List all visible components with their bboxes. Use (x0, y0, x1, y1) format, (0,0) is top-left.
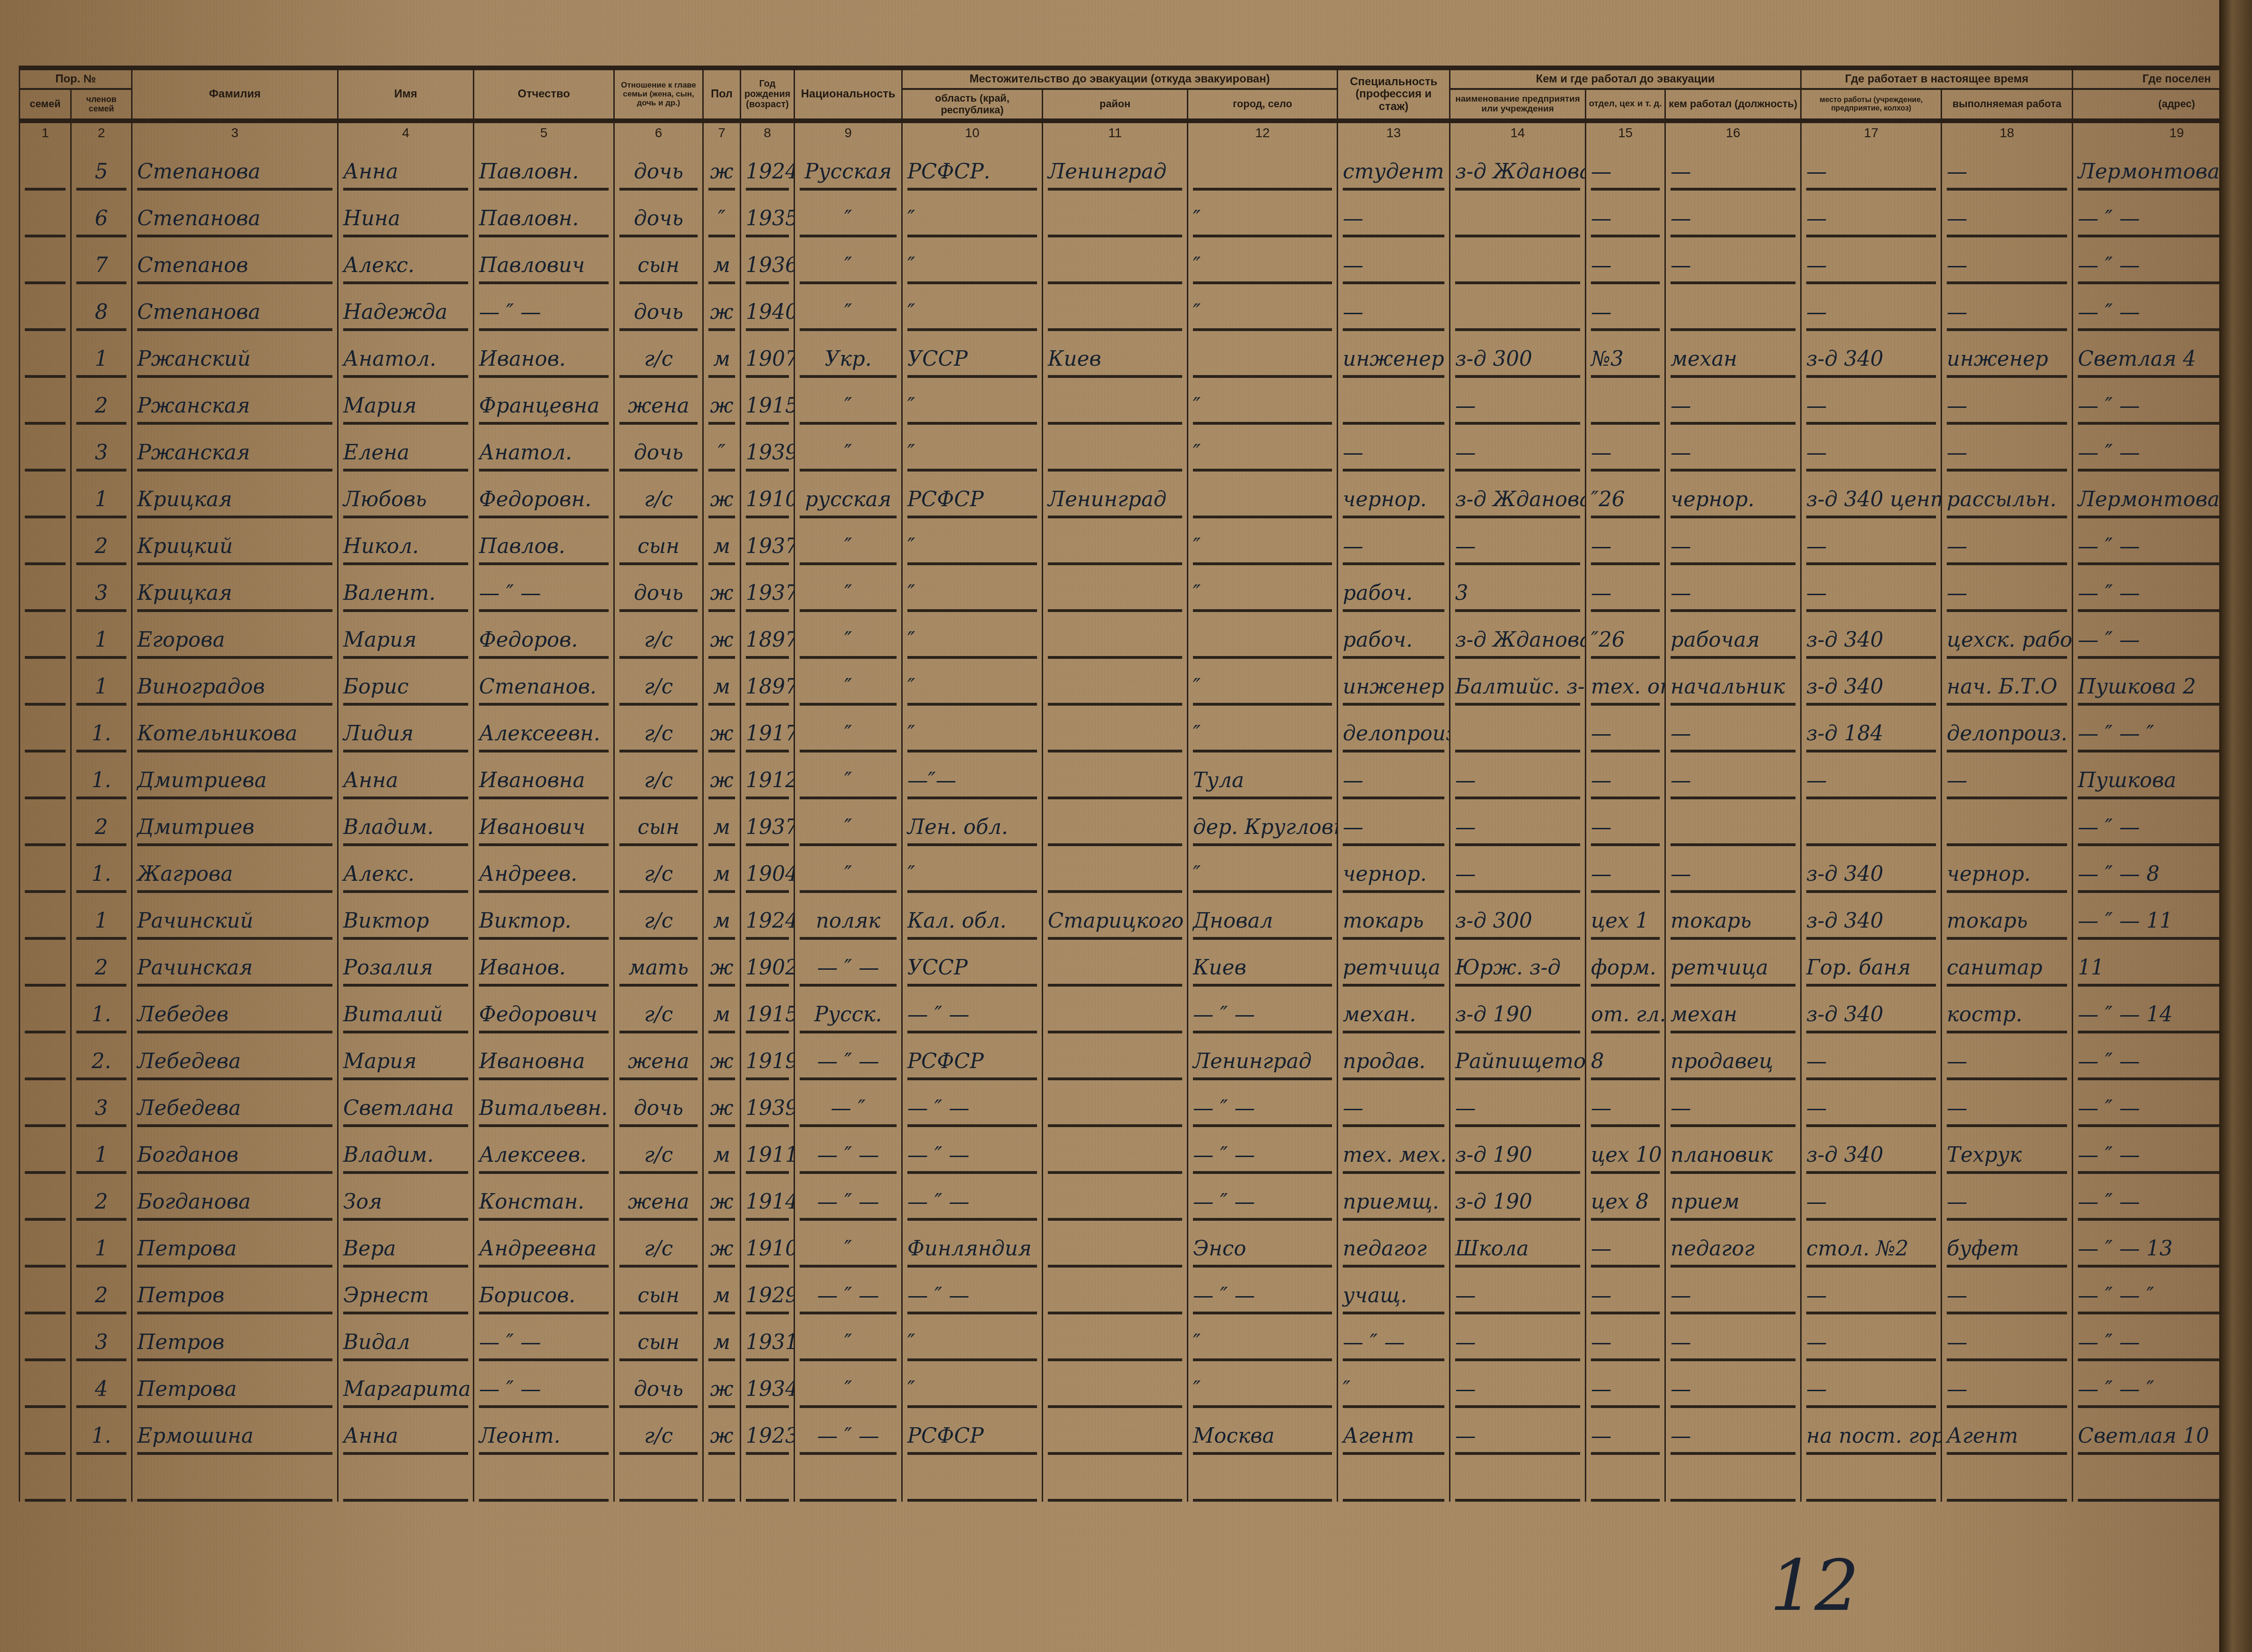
position-cell: прием (1665, 1174, 1801, 1221)
specialty-cell-text: педагог (1343, 1237, 1444, 1268)
first-name-cell: Анатол. (338, 331, 474, 378)
member-number: 1. (71, 752, 132, 799)
relation-cell-text: сын (619, 534, 698, 565)
member-number-text: 1. (76, 722, 126, 752)
relation-cell-text: сын (619, 815, 698, 846)
relation-cell-text: г/с (619, 347, 698, 378)
birth-year-cell-text: 1939 (746, 1096, 789, 1127)
current-work-cell: чернор. (1942, 846, 2073, 893)
current-workplace-cell-text: — (1806, 1377, 1936, 1408)
member-number: 2 (71, 1268, 132, 1314)
specialty-cell-text: рабоч. (1343, 628, 1444, 659)
region-cell: ″ (902, 846, 1043, 893)
org-cell: з-д 190 (1450, 1127, 1586, 1174)
empty-cell (614, 1455, 703, 1502)
city-cell-text: ″ (1193, 1377, 1332, 1408)
table-row: 1БогдановВладим.Алексеев.г/см1911— ″ —— … (20, 1127, 2252, 1174)
specialty-cell-text: инженер (1343, 675, 1444, 706)
sex-cell-text: ж (708, 1190, 735, 1221)
department-cell-text: — (1591, 581, 1660, 612)
surname-cell-text: Богданова (137, 1190, 332, 1221)
relation-cell: г/с (614, 752, 703, 799)
birth-year-cell-text: 1934 (746, 1377, 789, 1408)
sex-cell: ж (703, 144, 741, 191)
patronymic-cell: Павлович (474, 237, 614, 284)
birth-year-cell-text: 1937 (746, 815, 789, 846)
city-cell (1188, 472, 1338, 518)
org-cell (1450, 237, 1586, 284)
city-cell: — ″ — (1188, 1268, 1338, 1314)
nationality-cell: ″ (795, 659, 902, 706)
department-cell: — (1586, 846, 1665, 893)
header-district: район (1043, 89, 1188, 120)
current-workplace-cell: — (1801, 1080, 1942, 1127)
empty-line (907, 1471, 1037, 1502)
surname-cell: Степанов (132, 237, 338, 284)
current-workplace-cell: — (1801, 1268, 1942, 1314)
city-cell: Энсо (1188, 1221, 1338, 1268)
city-cell-text: ″ (1193, 581, 1332, 612)
surname-cell-text: Петров (137, 1283, 332, 1314)
relation-cell: дочь (614, 144, 703, 191)
patronymic-cell-text: Степанов. (479, 675, 609, 706)
department-cell: — (1586, 1080, 1665, 1127)
sex-cell-text: ж (708, 160, 735, 191)
current-work-cell-text: — (1947, 160, 2067, 191)
district-cell-text (1048, 862, 1182, 893)
specialty-cell: токарь (1338, 893, 1450, 940)
specialty-cell-text: чернор. (1343, 487, 1444, 518)
current-workplace-cell: з-д 340 (1801, 893, 1942, 940)
org-cell: Балтийс. з-д (1450, 659, 1586, 706)
specialty-cell-text: инженер (1343, 347, 1444, 378)
birth-year-cell: 1902 (741, 940, 795, 987)
patronymic-cell-text: Иванович (479, 815, 609, 846)
region-cell-text: РСФСР. (907, 160, 1037, 191)
position-cell-text: — (1671, 394, 1796, 425)
patronymic-cell: Андреев. (474, 846, 614, 893)
specialty-cell: чернор. (1338, 472, 1450, 518)
first-name-cell-text: Видал (343, 1330, 468, 1361)
birth-year-cell: 1910 (741, 472, 795, 518)
table-row: 3КрицкаяВалент.— ″ —дочьж1937″″″рабоч.3—… (20, 565, 2252, 612)
district-cell-text (1048, 815, 1182, 846)
specialty-cell: инженер (1338, 659, 1450, 706)
specialty-cell-text: приемщ. (1343, 1190, 1444, 1221)
current-workplace-cell: з-д 340 (1801, 987, 1942, 1033)
surname-cell: Лебедева (132, 1033, 338, 1080)
family-number-text (25, 300, 66, 331)
column-number: 9 (795, 121, 902, 144)
city-cell: Москва (1188, 1408, 1338, 1455)
department-cell-text: — (1591, 862, 1660, 893)
org-cell: з-д 190 (1450, 1174, 1586, 1221)
relation-cell-text: г/с (619, 628, 698, 659)
current-workplace-cell: — (1801, 565, 1942, 612)
department-cell: цех 8 (1586, 1174, 1665, 1221)
city-cell: ″ (1188, 425, 1338, 472)
column-number-row: 12345678910111213141516171819 (20, 121, 2252, 144)
birth-year-cell-text: 1939 (746, 441, 789, 472)
city-cell-text: Дновал (1193, 909, 1332, 940)
first-name-cell: Валент. (338, 565, 474, 612)
patronymic-cell: Андреевна (474, 1221, 614, 1268)
birth-year-cell-text: 1910 (746, 487, 789, 518)
family-number-text (25, 1049, 66, 1080)
birth-year-cell-text: 1907 (746, 347, 789, 378)
sex-cell-text: ж (708, 956, 735, 987)
current-workplace-cell: — (1801, 752, 1942, 799)
position-cell-text: — (1671, 722, 1796, 752)
city-cell: Ленинград (1188, 1033, 1338, 1080)
surname-cell-text: Богданов (137, 1143, 332, 1174)
birth-year-cell-text: 1940 (746, 300, 789, 331)
empty-line (343, 1471, 468, 1502)
table-row: 1.ЛебедевВиталийФедоровичг/см1915Русск.—… (20, 987, 2252, 1033)
first-name-cell: Владим. (338, 1127, 474, 1174)
district-cell (1043, 799, 1188, 846)
nationality-cell: ″ (795, 425, 902, 472)
region-cell-text: ″ (907, 675, 1037, 706)
first-name-cell-text: Любовь (343, 487, 468, 518)
department-cell-text: — (1591, 1096, 1660, 1127)
org-cell: з-д Жданова (1450, 612, 1586, 659)
current-workplace-cell-text: з-д 340 (1806, 909, 1936, 940)
region-cell: РСФСР (902, 1408, 1043, 1455)
sex-cell: ж (703, 284, 741, 331)
nationality-cell-text: ″ (800, 253, 897, 284)
first-name-cell-text: Эрнест (343, 1283, 468, 1314)
empty-cell (71, 1455, 132, 1502)
member-number: 1. (71, 1408, 132, 1455)
patronymic-cell-text: Алексеевн. (479, 722, 609, 752)
patronymic-cell-text: Иванов. (479, 956, 609, 987)
org-cell: з-д 300 (1450, 893, 1586, 940)
sex-cell-text: м (708, 1003, 735, 1033)
district-cell-text: Старицкого (1048, 909, 1182, 940)
city-cell-text: ″ (1193, 1330, 1332, 1361)
relation-cell: дочь (614, 425, 703, 472)
sex-cell-text: м (708, 675, 735, 706)
table-row: 1ЕгороваМарияФедоров.г/сж1897″″рабоч.з-д… (20, 612, 2252, 659)
member-number-text: 2 (76, 534, 126, 565)
empty-row (20, 1455, 2252, 1502)
surname-cell: Котельникова (132, 706, 338, 752)
current-workplace-cell-text: — (1806, 768, 1936, 799)
district-cell-text (1048, 1237, 1182, 1268)
header-work-now-group: Где работает в настоящее время (1801, 68, 2073, 89)
position-cell: педагог (1665, 1221, 1801, 1268)
sex-cell: м (703, 846, 741, 893)
surname-cell: Петров (132, 1314, 338, 1361)
region-cell-text: Лен. обл. (907, 815, 1037, 846)
department-cell-text: ″26 (1591, 628, 1660, 659)
surname-cell: Богданова (132, 1174, 338, 1221)
birth-year-cell-text: 1904 (746, 862, 789, 893)
position-cell-text: — (1671, 1377, 1796, 1408)
sex-cell-text: ж (708, 394, 735, 425)
current-work-cell: — (1942, 284, 2073, 331)
relation-cell: дочь (614, 565, 703, 612)
sex-cell: ж (703, 752, 741, 799)
sex-cell-text: м (708, 1283, 735, 1314)
org-cell-text: з-д Жданова (1455, 160, 1580, 191)
position-cell-text: — (1671, 160, 1796, 191)
district-cell-text: Киев (1048, 347, 1182, 378)
first-name-cell-text: Алекс. (343, 253, 468, 284)
sex-cell-text: м (708, 862, 735, 893)
city-cell-text: ″ (1193, 534, 1332, 565)
member-number: 1 (71, 1127, 132, 1174)
current-workplace-cell-text: з-д 340 (1806, 347, 1936, 378)
department-cell: цех 10 (1586, 1127, 1665, 1174)
department-cell-text: — (1591, 160, 1660, 191)
header-region: область (край, республика) (902, 89, 1043, 120)
specialty-cell: — ″ — (1338, 1314, 1450, 1361)
org-cell-text: Балтийс. з-д (1455, 675, 1580, 706)
current-workplace-cell-text: — (1806, 206, 1936, 237)
birth-year-cell-text: 1897 (746, 628, 789, 659)
nationality-cell-text: ″ (800, 581, 897, 612)
org-cell-text (1455, 300, 1580, 331)
empty-line (1048, 1471, 1182, 1502)
empty-line (1806, 1471, 1936, 1502)
current-work-cell-text: Агент (1947, 1424, 2067, 1455)
nationality-cell-text: Русск. (800, 1003, 897, 1033)
first-name-cell-text: Светлана (343, 1096, 468, 1127)
member-number-text: 3 (76, 1096, 126, 1127)
city-cell: ″ (1188, 846, 1338, 893)
sex-cell: ж (703, 1361, 741, 1408)
surname-cell-text: Лебедев (137, 1003, 332, 1033)
position-cell-text: — (1671, 534, 1796, 565)
city-cell: — ″ — (1188, 1080, 1338, 1127)
current-work-cell-text: инженер (1947, 347, 2067, 378)
first-name-cell-text: Валент. (343, 581, 468, 612)
table-row: 5СтепановаАннаПавловн.дочьж1924РусскаяРС… (20, 144, 2252, 191)
column-number: 14 (1450, 121, 1586, 144)
member-number: 6 (71, 191, 132, 237)
empty-line (800, 1471, 897, 1502)
specialty-cell-text: продав. (1343, 1049, 1444, 1080)
org-cell-text: Школа (1455, 1237, 1580, 1268)
current-workplace-cell-text: — (1806, 534, 1936, 565)
column-number: 1 (20, 121, 71, 144)
header-sequence-no: Пор. № (20, 68, 132, 89)
first-name-cell-text: Алекс. (343, 862, 468, 893)
org-cell-text: Райпищеторг (1455, 1049, 1580, 1080)
surname-cell: Степанова (132, 144, 338, 191)
position-cell: — (1665, 1314, 1801, 1361)
specialty-cell-text: — (1343, 441, 1444, 472)
specialty-cell-text: делопроизв. (1343, 722, 1444, 752)
org-cell-text: Юрж. з-д (1455, 956, 1580, 987)
specialty-cell: ″ (1338, 1361, 1450, 1408)
relation-cell-text: г/с (619, 909, 698, 940)
city-cell-text: ″ (1193, 862, 1332, 893)
nationality-cell-text: русская (800, 487, 897, 518)
specialty-cell-text: — (1343, 300, 1444, 331)
specialty-cell: чернор. (1338, 846, 1450, 893)
department-cell: цех 1 (1586, 893, 1665, 940)
current-workplace-cell-text: — (1806, 300, 1936, 331)
relation-cell: г/с (614, 706, 703, 752)
district-cell (1043, 1174, 1188, 1221)
birth-year-cell: 1897 (741, 659, 795, 706)
table-row: 1.ЕрмошинаАннаЛеонт.г/сж1923— ″ —РСФСРМо… (20, 1408, 2252, 1455)
sex-cell: м (703, 331, 741, 378)
current-work-cell-text: рассыльн. (1947, 487, 2067, 518)
org-cell-text: — (1455, 768, 1580, 799)
org-cell-text: — (1455, 1330, 1580, 1361)
family-number (20, 565, 71, 612)
department-cell-text: №3 (1591, 347, 1660, 378)
department-cell (1586, 378, 1665, 425)
family-number-text (25, 1377, 66, 1408)
district-cell (1043, 565, 1188, 612)
column-number: 12 (1188, 121, 1338, 144)
sex-cell-text: м (708, 534, 735, 565)
nationality-cell-text: ″ (800, 1330, 897, 1361)
empty-cell (1450, 1455, 1586, 1502)
specialty-cell-text: — (1343, 768, 1444, 799)
position-cell-text: прием (1671, 1190, 1796, 1221)
district-cell (1043, 987, 1188, 1033)
nationality-cell-text: ″ (800, 815, 897, 846)
department-cell-text: ″26 (1591, 487, 1660, 518)
region-cell-text: ″ (907, 534, 1037, 565)
current-work-cell-text: — (1947, 1049, 2067, 1080)
member-number-text: 4 (76, 1377, 126, 1408)
birth-year-cell: 1934 (741, 1361, 795, 1408)
first-name-cell: Анна (338, 144, 474, 191)
empty-cell (1665, 1455, 1801, 1502)
member-number-text: 2 (76, 1190, 126, 1221)
current-work-cell-text: санитар (1947, 956, 2067, 987)
nationality-cell: ″ (795, 706, 902, 752)
first-name-cell: Надежда (338, 284, 474, 331)
department-cell: — (1586, 237, 1665, 284)
department-cell: 8 (1586, 1033, 1665, 1080)
sex-cell: ж (703, 378, 741, 425)
surname-cell: Петров (132, 1268, 338, 1314)
current-work-cell-text: — (1947, 581, 2067, 612)
current-work-cell: — (1942, 752, 2073, 799)
member-number-text: 1. (76, 862, 126, 893)
current-workplace-cell: — (1801, 237, 1942, 284)
city-cell: ″ (1188, 378, 1338, 425)
position-cell: плановик (1665, 1127, 1801, 1174)
department-cell: — (1586, 1268, 1665, 1314)
column-number: 7 (703, 121, 741, 144)
district-cell-text (1048, 581, 1182, 612)
city-cell-text: Ленинград (1193, 1049, 1332, 1080)
position-cell-text: — (1671, 768, 1796, 799)
sex-cell-text: ж (708, 1049, 735, 1080)
district-cell-text (1048, 534, 1182, 565)
family-number (20, 987, 71, 1033)
header-current-workplace: место работы (учреждение, предприятие, к… (1801, 89, 1942, 120)
member-number-text: 1. (76, 1424, 126, 1455)
current-workplace-cell-text: Гор. баня (1806, 956, 1936, 987)
patronymic-cell-text: Ивановна (479, 1049, 609, 1080)
current-work-cell-text: буфет (1947, 1237, 2067, 1268)
sex-cell-text: м (708, 909, 735, 940)
sex-cell-text: ж (708, 628, 735, 659)
current-workplace-cell-text: — (1806, 441, 1936, 472)
position-cell: рабочая (1665, 612, 1801, 659)
birth-year-cell: 1917 (741, 706, 795, 752)
nationality-cell: ″ (795, 565, 902, 612)
nationality-cell: поляк (795, 893, 902, 940)
relation-cell-text: дочь (619, 300, 698, 331)
member-number-text: 1 (76, 1143, 126, 1174)
column-number: 4 (338, 121, 474, 144)
city-cell-text: дер. Кругловка (1193, 815, 1332, 846)
birth-year-cell-text: 1931 (746, 1330, 789, 1361)
specialty-cell: продав. (1338, 1033, 1450, 1080)
sex-cell: м (703, 1314, 741, 1361)
patronymic-cell-text: Павлов. (479, 534, 609, 565)
city-cell: — ″ — (1188, 1174, 1338, 1221)
org-cell: Школа (1450, 1221, 1586, 1268)
position-cell-text: токарь (1671, 909, 1796, 940)
member-number-text: 1 (76, 347, 126, 378)
nationality-cell: русская (795, 472, 902, 518)
nationality-cell-text: ″ (800, 628, 897, 659)
table-row: 1.ЖагроваАлекс.Андреев.г/см1904″″″чернор… (20, 846, 2252, 893)
specialty-cell: — (1338, 284, 1450, 331)
relation-cell-text: сын (619, 1330, 698, 1361)
member-number-text: 3 (76, 441, 126, 472)
district-cell (1043, 518, 1188, 565)
patronymic-cell-text: — ″ — (479, 300, 609, 331)
sex-cell: ж (703, 706, 741, 752)
sex-cell-text: м (708, 1330, 735, 1361)
surname-cell: Дмитриев (132, 799, 338, 846)
relation-cell-text: сын (619, 1283, 698, 1314)
empty-line (619, 1471, 698, 1502)
sex-cell: ж (703, 1080, 741, 1127)
first-name-cell: Мария (338, 378, 474, 425)
surname-cell: Рачинская (132, 940, 338, 987)
district-cell: Ленинград (1043, 472, 1188, 518)
sex-cell-text: ж (708, 1237, 735, 1268)
surname-cell-text: Котельникова (137, 722, 332, 752)
current-workplace-cell: з-д 340 (1801, 1127, 1942, 1174)
district-cell (1043, 706, 1188, 752)
sex-cell-text: ж (708, 1424, 735, 1455)
empty-line (1671, 1471, 1796, 1502)
sex-cell-text: ж (708, 581, 735, 612)
table-row: 1РачинскийВикторВиктор.г/см1924полякКал.… (20, 893, 2252, 940)
patronymic-cell: Анатол. (474, 425, 614, 472)
member-number: 2. (71, 1033, 132, 1080)
current-workplace-cell-text: з-д 340 (1806, 675, 1936, 706)
position-cell: — (1665, 846, 1801, 893)
birth-year-cell: 1937 (741, 799, 795, 846)
org-cell-text: з-д 300 (1455, 347, 1580, 378)
birth-year-cell: 1931 (741, 1314, 795, 1361)
table-row: 1.ДмитриеваАннаИвановнаг/сж1912″—″—Тула—… (20, 752, 2252, 799)
org-cell-text: — (1455, 1424, 1580, 1455)
nationality-cell: ″ (795, 612, 902, 659)
city-cell: ″ (1188, 706, 1338, 752)
sex-cell-text: ж (708, 487, 735, 518)
relation-cell: г/с (614, 846, 703, 893)
birth-year-cell: 1939 (741, 1080, 795, 1127)
nationality-cell-text: — ″ — (800, 956, 897, 987)
